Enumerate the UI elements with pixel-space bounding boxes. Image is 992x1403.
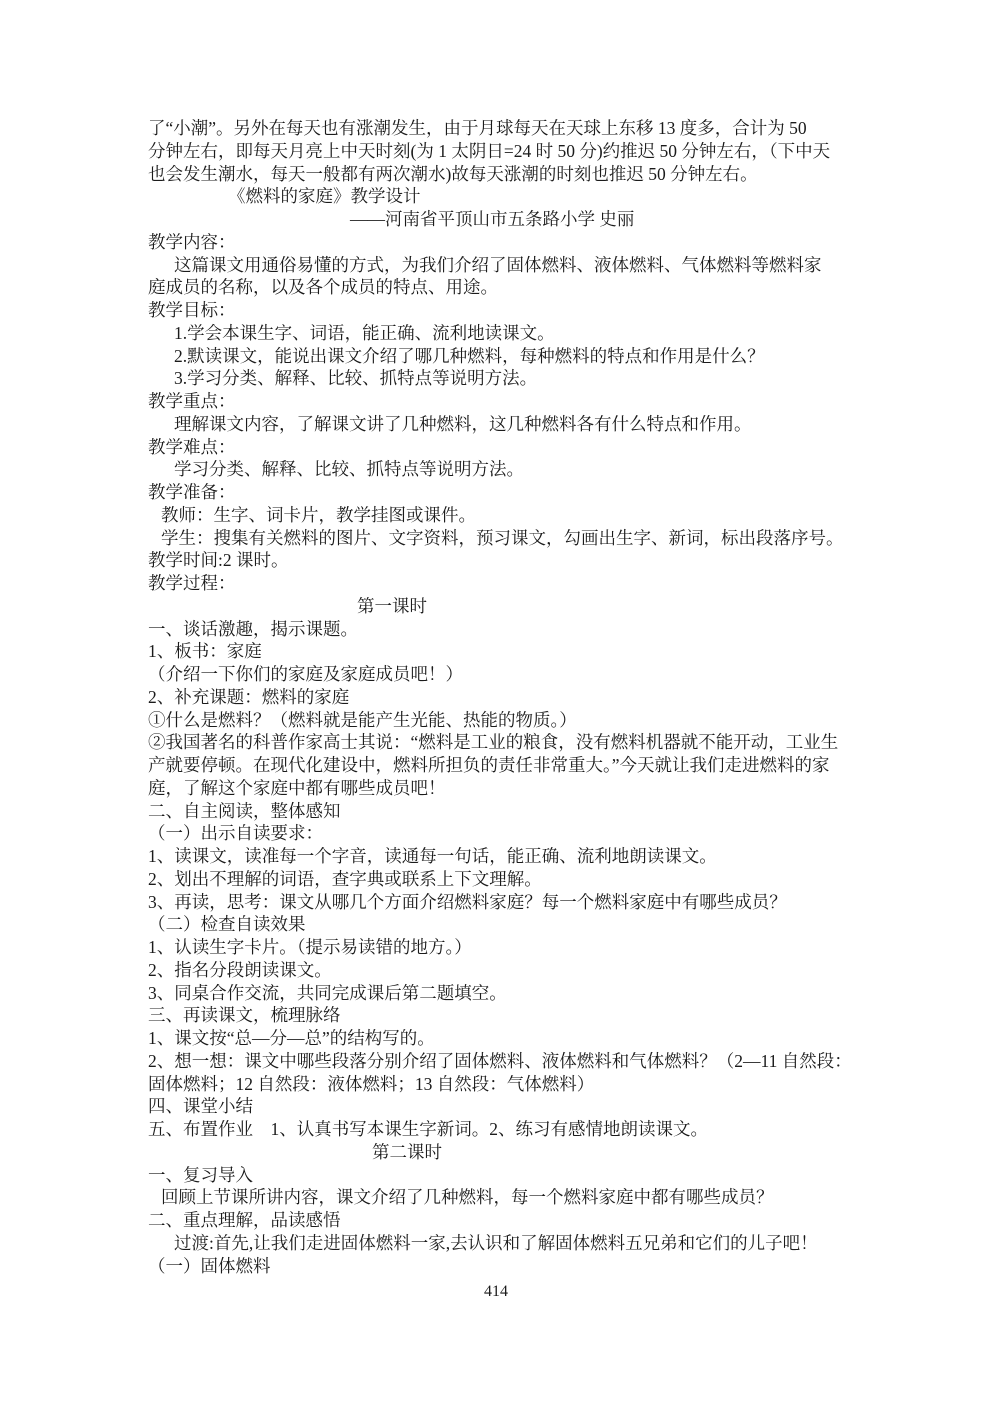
text-line: 3、同桌合作交流，共同完成课后第二题填空。 bbox=[148, 982, 854, 1005]
text-line: 四、课堂小结 bbox=[148, 1095, 854, 1118]
text-line: 产就要停顿。在现代化建设中，燃料所担负的责任非常重大。”今天就让我们走进燃料的家 bbox=[148, 754, 854, 777]
text-line: 过渡:首先,让我们走进固体燃料一家,去认识和了解固体燃料五兄弟和它们的儿子吧！ bbox=[148, 1232, 854, 1255]
document-page-text: 了“小潮”。另外在每天也有涨潮发生，由于月球每天在天球上东移 13 度多，合计为… bbox=[148, 117, 854, 1277]
text-line: 一、谈话激趣，揭示课题。 bbox=[148, 618, 854, 641]
text-line: 学生：搜集有关燃料的图片、文字资料，预习课文，勾画出生字、新词，标出段落序号。 bbox=[148, 527, 854, 550]
text-line: 二、重点理解，品读感悟 bbox=[148, 1209, 854, 1232]
text-line: 教学过程： bbox=[148, 572, 854, 595]
text-line: 分钟左右，即每天月亮上中天时刻(为 1 太阴日=24 时 50 分)约推迟 50… bbox=[148, 140, 854, 163]
text-line: 三、再读课文，梳理脉络 bbox=[148, 1004, 854, 1027]
text-line: 2.默读课文，能说出课文介绍了哪几种燃料，每种燃料的特点和作用是什么？ bbox=[148, 345, 854, 368]
text-line: ——河南省平顶山市五条路小学 史丽 bbox=[148, 208, 854, 231]
text-line: 3.学习分类、解释、比较、抓特点等说明方法。 bbox=[148, 367, 854, 390]
text-line: 一、复习导入 bbox=[148, 1164, 854, 1187]
text-line: （一）出示自读要求： bbox=[148, 822, 854, 845]
text-line: 教学难点： bbox=[148, 436, 854, 459]
text-line: 理解课文内容，了解课文讲了几种燃料，这几种燃料各有什么特点和作用。 bbox=[148, 413, 854, 436]
text-line: 1.学会本课生字、词语，能正确、流利地读课文。 bbox=[148, 322, 854, 345]
text-line: 学习分类、解释、比较、抓特点等说明方法。 bbox=[148, 458, 854, 481]
text-line: 教师：生字、词卡片，教学挂图或课件。 bbox=[148, 504, 854, 527]
text-line: （介绍一下你们的家庭及家庭成员吧！） bbox=[148, 663, 854, 686]
text-line: 二、自主阅读，整体感知 bbox=[148, 800, 854, 823]
text-line: 也会发生潮水，每天一般都有两次潮水)故每天涨潮的时刻也推迟 50 分钟左右。 bbox=[148, 163, 854, 186]
text-line: 2、指名分段朗读课文。 bbox=[148, 959, 854, 982]
text-line: 1、板书：家庭 bbox=[148, 640, 854, 663]
text-line: 第二课时 bbox=[148, 1141, 854, 1164]
text-line: 固体燃料；12 自然段：液体燃料；13 自然段：气体燃料） bbox=[148, 1073, 854, 1096]
text-line: 3、再读，思考：课文从哪几个方面介绍燃料家庭？每一个燃料家庭中有哪些成员？ bbox=[148, 891, 854, 914]
text-line: 2、补充课题：燃料的家庭 bbox=[148, 686, 854, 709]
text-line: 2、想一想：课文中哪些段落分别介绍了固体燃料、液体燃料和气体燃料？（2—11 自… bbox=[148, 1050, 854, 1073]
text-line: （一）固体燃料 bbox=[148, 1255, 854, 1278]
text-line: 教学内容： bbox=[148, 231, 854, 254]
text-line: 回顾上节课所讲内容，课文介绍了几种燃料，每一个燃料家庭中都有哪些成员？ bbox=[148, 1186, 854, 1209]
page-number: 414 bbox=[0, 1283, 992, 1301]
text-line: 《燃料的家庭》教学设计 bbox=[148, 185, 854, 208]
text-line: 1、认读生字卡片。（提示易读错的地方。） bbox=[148, 936, 854, 959]
text-line: 1、课文按“总—分—总”的结构写的。 bbox=[148, 1027, 854, 1050]
text-line: 第一课时 bbox=[148, 595, 854, 618]
text-line: 了“小潮”。另外在每天也有涨潮发生，由于月球每天在天球上东移 13 度多，合计为… bbox=[148, 117, 854, 140]
text-line: ①什么是燃料？（燃料就是能产生光能、热能的物质。） bbox=[148, 709, 854, 732]
text-line: 教学准备： bbox=[148, 481, 854, 504]
text-line: ②我国著名的科普作家高士其说：“燃料是工业的粮食，没有燃料机器就不能开动，工业生 bbox=[148, 731, 854, 754]
text-line: 这篇课文用通俗易懂的方式，为我们介绍了固体燃料、液体燃料、气体燃料等燃料家 bbox=[148, 254, 854, 277]
text-line: 庭成员的名称，以及各个成员的特点、用途。 bbox=[148, 276, 854, 299]
text-line: （二）检查自读效果 bbox=[148, 913, 854, 936]
text-line: 五、布置作业 1、认真书写本课生字新词。2、练习有感情地朗读课文。 bbox=[148, 1118, 854, 1141]
text-line: 2、划出不理解的词语，查字典或联系上下文理解。 bbox=[148, 868, 854, 891]
text-line: 教学重点： bbox=[148, 390, 854, 413]
text-line: 教学目标： bbox=[148, 299, 854, 322]
text-line: 1、读课文，读准每一个字音，读通每一句话，能正确、流利地朗读课文。 bbox=[148, 845, 854, 868]
text-line: 教学时间:2 课时。 bbox=[148, 549, 854, 572]
text-line: 庭，了解这个家庭中都有哪些成员吧！ bbox=[148, 777, 854, 800]
